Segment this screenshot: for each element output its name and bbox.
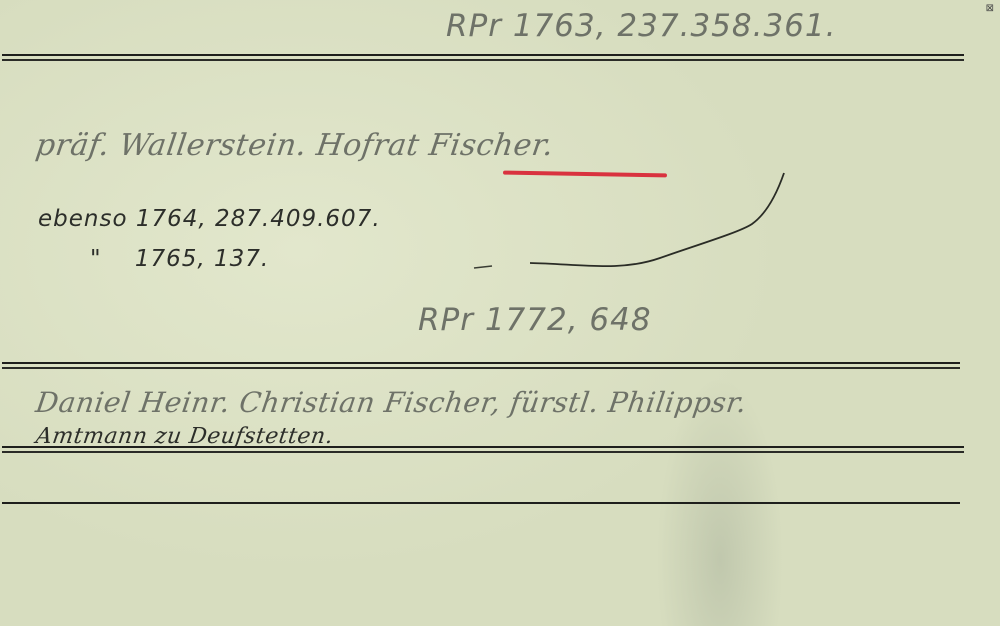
- entry-1-line-1: präf. Wallerstein. Hofrat Fischer.: [34, 128, 556, 163]
- entry-1-line-2: ebenso 1764, 287.409.607.: [38, 206, 381, 232]
- lower-double-rule: [2, 446, 964, 448]
- header-reference: RPr 1763, 237.358.361.: [446, 8, 837, 44]
- corner-mark-icon: ⊠: [986, 3, 994, 14]
- entry-1-line-3: " 1765, 137.: [90, 246, 269, 272]
- reference-2: RPr 1772, 648: [418, 302, 652, 338]
- bottom-rule: [2, 502, 960, 504]
- top-double-rule: [2, 54, 964, 56]
- entry-2-line-1: Daniel Heinr. Christian Fischer, fürstl.…: [34, 386, 749, 419]
- middle-double-rule: [2, 362, 960, 364]
- red-underline-fischer: [503, 171, 667, 178]
- index-card: ⊠ RPr 1763, 237.358.361. präf. Wallerste…: [0, 0, 1000, 626]
